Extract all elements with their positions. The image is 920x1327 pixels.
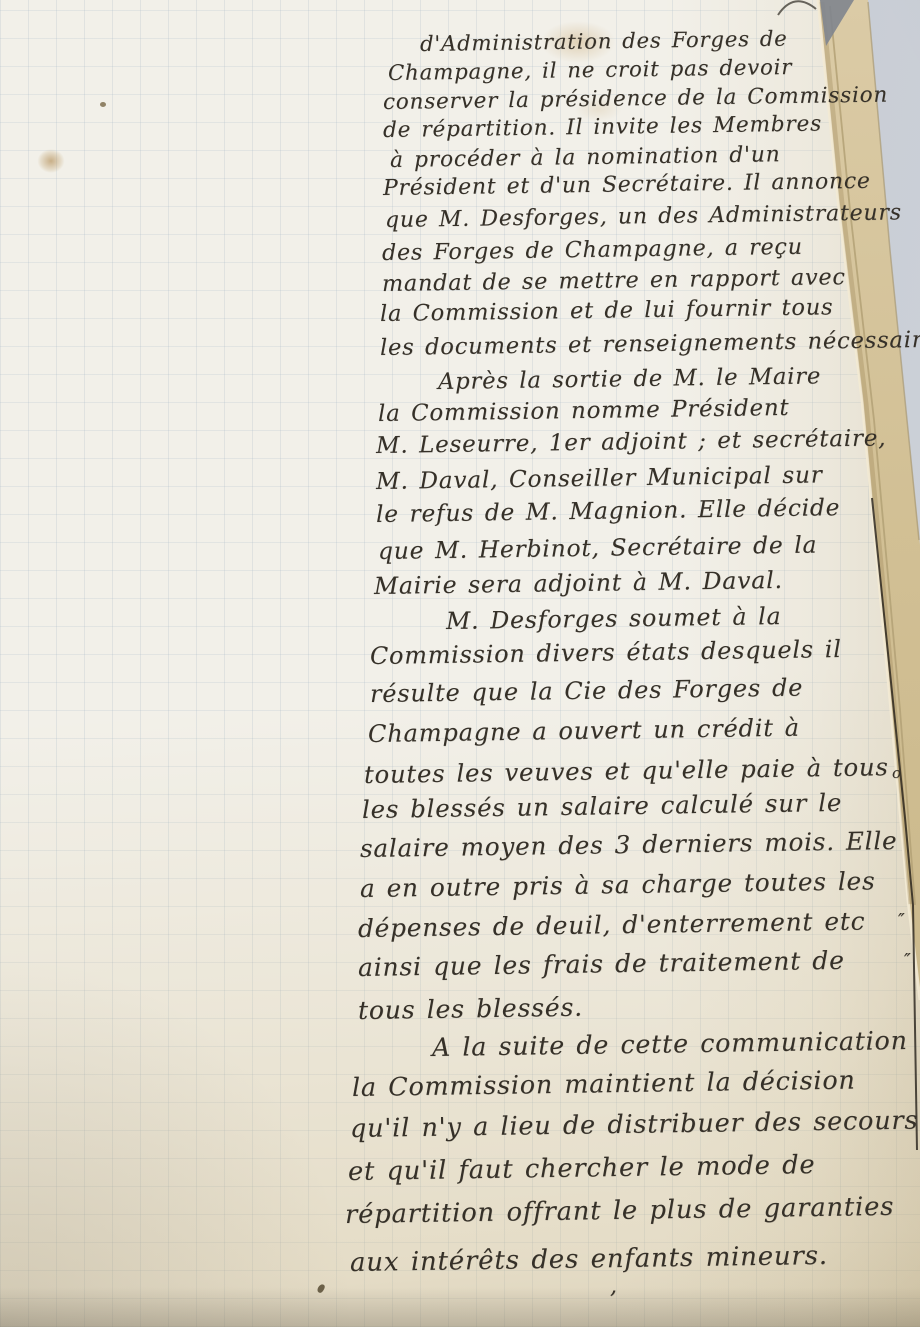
manuscript-line-30: A la suite de cette communication (432, 1028, 908, 1060)
ink-flourish-stroke (778, 1, 816, 15)
manuscript-line-2: Champagne, il ne croit pas devoir (388, 57, 793, 84)
manuscript-line-7: que M. Desforges, un des Administrateurs (385, 202, 902, 232)
manuscript-line-15: M. Daval, Conseiller Municipal sur (376, 463, 823, 493)
manuscript-line-23: toutes les veuves et qu'elle paie à tous (364, 755, 889, 787)
manuscript-line-29: tous les blessés. (358, 995, 583, 1023)
manuscript-line-6: Président et d'un Secrétaire. Il annonce (383, 171, 871, 200)
manuscript-line-3: conserver la présidence de la Commission (383, 85, 888, 114)
photo-of-manuscript: d'Administration des Forges deChampagne,… (0, 0, 920, 1327)
manuscript-line-27: dépenses de deuil, d'enterrement etc (358, 909, 866, 941)
manuscript-line-20: Commission divers états desquels il (370, 638, 842, 669)
small-o-correction: o (892, 766, 901, 781)
manuscript-line-25: salaire moyen des 3 derniers mois. Elle (360, 829, 898, 862)
manuscript-line-14: M. Leseurre, 1er adjoint ; et secrétaire… (376, 427, 887, 458)
ink-flourish-top-edge (776, 0, 820, 18)
manuscript-line-22: Champagne a ouvert un crédit à (368, 716, 800, 746)
manuscript-line-31: la Commission maintient la décision (352, 1068, 856, 1101)
manuscript-line-24: les blessés un salaire calculé sur le (362, 791, 842, 823)
manuscript-line-10: la Commission et de lui fournir tous (380, 296, 834, 325)
manuscript-line-21: résulte que la Cie des Forges de (370, 676, 804, 706)
manuscript-line-28: ainsi que les frais de traitement de (358, 948, 845, 980)
handwritten-text-block: d'Administration des Forges deChampagne,… (0, 0, 920, 1327)
manuscript-line-33: et qu'il faut chercher le mode de (348, 1153, 816, 1186)
manuscript-line-13: la Commission nomme Président (378, 397, 790, 426)
ditto-mark-2: ″ (904, 952, 911, 970)
manuscript-line-11: les documents et renseignements nécessai… (380, 328, 920, 359)
manuscript-line-1: d'Administration des Forges de (420, 28, 788, 55)
manuscript-line-4: de répartition. Il invite les Membres (383, 113, 822, 141)
manuscript-line-5: à procéder à la nomination d'un (390, 144, 781, 172)
manuscript-line-32: qu'il n'y a lieu de distribuer des secou… (350, 1109, 919, 1143)
ditto-mark-1: ″ (898, 912, 905, 930)
manuscript-line-34: répartition offrant le plus de garanties (345, 1195, 895, 1229)
manuscript-line-8: des Forges de Champagne, a reçu (382, 236, 803, 264)
manuscript-line-18: Mairie sera adjoint à M. Daval. (374, 569, 783, 599)
manuscript-line-9: mandat de se mettre en rapport avec (382, 266, 846, 295)
manuscript-line-17: que M. Herbinot, Secrétaire de la (378, 533, 818, 563)
manuscript-line-12: Après la sortie de M. le Maire (438, 365, 821, 393)
stray-comma: , (610, 1276, 617, 1298)
manuscript-line-19: M. Desforges soumet à la (446, 605, 782, 634)
manuscript-line-16: le refus de M. Magnion. Elle décide (376, 496, 841, 526)
manuscript-line-26: a en outre pris à sa charge toutes les (360, 869, 876, 901)
manuscript-line-35: aux intérêts des enfants mineurs. (350, 1243, 828, 1276)
